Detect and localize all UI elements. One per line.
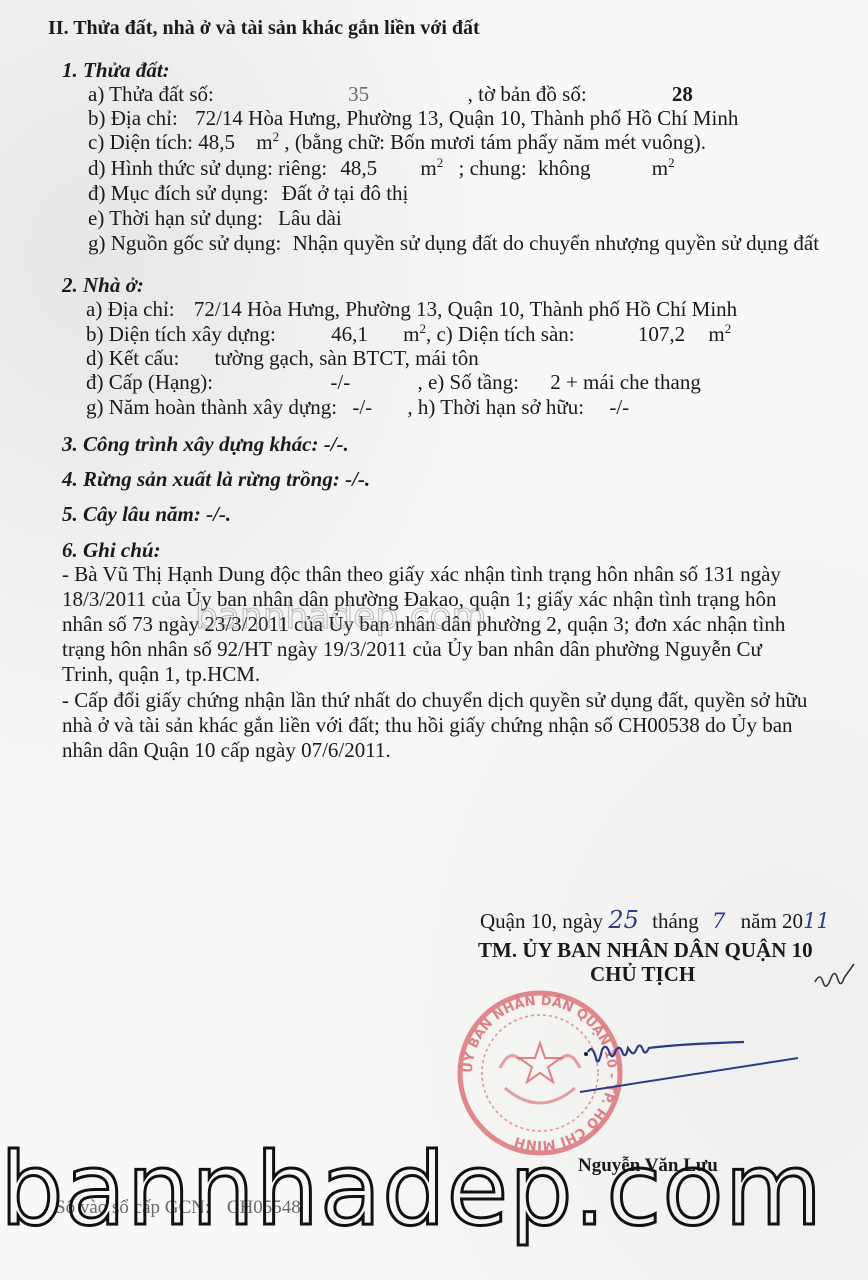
ownership-term-label: , h) Thời hạn sở hữu: [407,395,584,419]
land-area-row: c) Diện tích: 48,5 m2 , (bằng chữ: Bốn m… [88,130,706,154]
house-year-row: g) Năm hoàn thành xây dựng: -/- , h) Thờ… [86,395,629,419]
note-line: - Cấp đổi giấy chứng nhận lần thứ nhất d… [62,688,807,712]
build-area-label: b) Diện tích xây dựng: [86,322,276,346]
note-line: nhà ở và tài sản khác gắn liền với đất; … [62,713,793,737]
month-label: tháng [652,909,699,933]
usage-shared-label: ; chung: [459,156,527,180]
purpose-value: Đất ở tại đô thị [282,181,409,205]
land-parcel-row: a) Thửa đất số: 35 , tờ bản đồ số: 28 [88,82,693,106]
grade-value: -/- [330,370,350,394]
build-area-value: 46,1 [331,322,368,346]
term-value: Lâu dài [278,206,342,230]
perennial-trees: 5. Cây lâu năm: -/-. [62,502,231,526]
area-unit: m [256,130,272,154]
land-address-row: b) Địa chỉ: 72/14 Hòa Hưng, Phường 13, Q… [88,106,738,130]
year-value: -/- [352,395,372,419]
land-purpose-row: đ) Mục đích sử dụng: Đất ở tại đô thị [88,181,408,205]
land-origin-row: g) Nguồn gốc sử dụng: Nhận quyền sử dụng… [88,231,819,255]
purpose-label: đ) Mục đích sử dụng: [88,181,269,205]
usage-shared-value: không [538,156,591,180]
land-term-row: e) Thời hạn sử dụng: Lâu dài [88,206,342,230]
note-line: trạng hôn nhân số 92/HT ngày 19/3/2011 c… [62,637,762,661]
notes-title: 6. Ghi chú: [62,538,161,562]
date-year: 11 [803,909,830,933]
address-label: b) Địa chỉ: [88,106,178,130]
note-line: nhân dân Quận 10 cấp ngày 07/6/2011. [62,738,391,762]
floor-area-value: 107,2 [638,322,685,346]
house-address-value: 72/14 Hòa Hưng, Phường 13, Quận 10, Thàn… [194,297,737,321]
year-label: năm 20 [741,909,803,933]
ownership-term-value: -/- [609,395,629,419]
floor-area-label: , c) Diện tích sàn: [426,322,575,346]
area-value: 48,5 [198,130,235,154]
note-line: Trinh, quận 1, tp.HCM. [62,662,260,686]
parcel-label: a) Thửa đất số: [88,82,214,106]
floors-label: , e) Số tầng: [417,370,518,394]
date-prefix: Quận 10, ngày [480,909,603,933]
house-title: 2. Nhà ở: [62,273,144,297]
watermark-faint: bannhadep.com [195,596,487,637]
structure-value: tường gạch, sàn BTCT, mái tôn [215,346,479,370]
watermark: bannhadep.com [0,1135,868,1245]
map-label: , tờ bản đồ số: [468,82,587,106]
house-address-row: a) Địa chỉ: 72/14 Hòa Hưng, Phường 13, Q… [86,297,737,321]
address-value: 72/14 Hòa Hưng, Phường 13, Quận 10, Thàn… [195,106,738,130]
house-area-row: b) Diện tích xây dựng: 46,1 m2, c) Diện … [86,322,731,346]
area-words: , (bằng chữ: Bốn mươi tám phẩy năm mét v… [284,130,706,154]
issue-date: Quận 10, ngày 25 tháng 7 năm 2011 [480,908,830,933]
area-label: c) Diện tích: [88,130,193,154]
unit: m [708,322,724,346]
parcel-value: 35 [219,82,369,106]
signing-organization: TM. ỦY BAN NHÂN DÂN QUẬN 10 [478,938,813,962]
house-structure-row: d) Kết cấu: tường gạch, sàn BTCT, mái tô… [86,346,479,370]
structure-label: d) Kết cấu: [86,346,179,370]
floors-value: 2 + mái che thang [550,370,701,394]
term-label: e) Thời hạn sử dụng: [88,206,263,230]
signature-stroke [560,1020,800,1100]
unit: m [652,156,668,180]
land-title: 1. Thửa đất: [62,58,170,82]
date-day: 25 [608,906,639,934]
house-address-label: a) Địa chỉ: [86,297,175,321]
section-heading: II. Thửa đất, nhà ở và tài sản khác gắn … [48,16,480,40]
production-forest: 4. Rừng sản xuất là rừng trồng: -/-. [62,467,370,491]
land-usage-form-row: d) Hình thức sử dụng: riêng: 48,5 m2 ; c… [88,156,675,180]
map-value: 28 [672,82,693,106]
grade-label: đ) Cấp (Hạng): [86,370,213,394]
initials-mark [810,962,860,1002]
other-construction: 3. Công trình xây dựng khác: -/-. [62,432,349,456]
year-label: g) Năm hoàn thành xây dựng: [86,395,337,419]
house-grade-row: đ) Cấp (Hạng): -/- , e) Số tầng: 2 + mái… [86,370,701,394]
origin-value: Nhận quyền sử dụng đất do chuyển nhượng … [293,231,819,255]
origin-label: g) Nguồn gốc sử dụng: [88,231,281,255]
signer-role: CHỦ TỊCH [590,962,695,986]
note-line: - Bà Vũ Thị Hạnh Dung độc thân theo giấy… [62,562,781,586]
unit: m [403,322,419,346]
unit: m [420,156,436,180]
date-month: 7 [712,909,725,933]
usage-private-value: 48,5 [340,156,377,180]
usage-form-label: d) Hình thức sử dụng: riêng: [88,156,327,180]
